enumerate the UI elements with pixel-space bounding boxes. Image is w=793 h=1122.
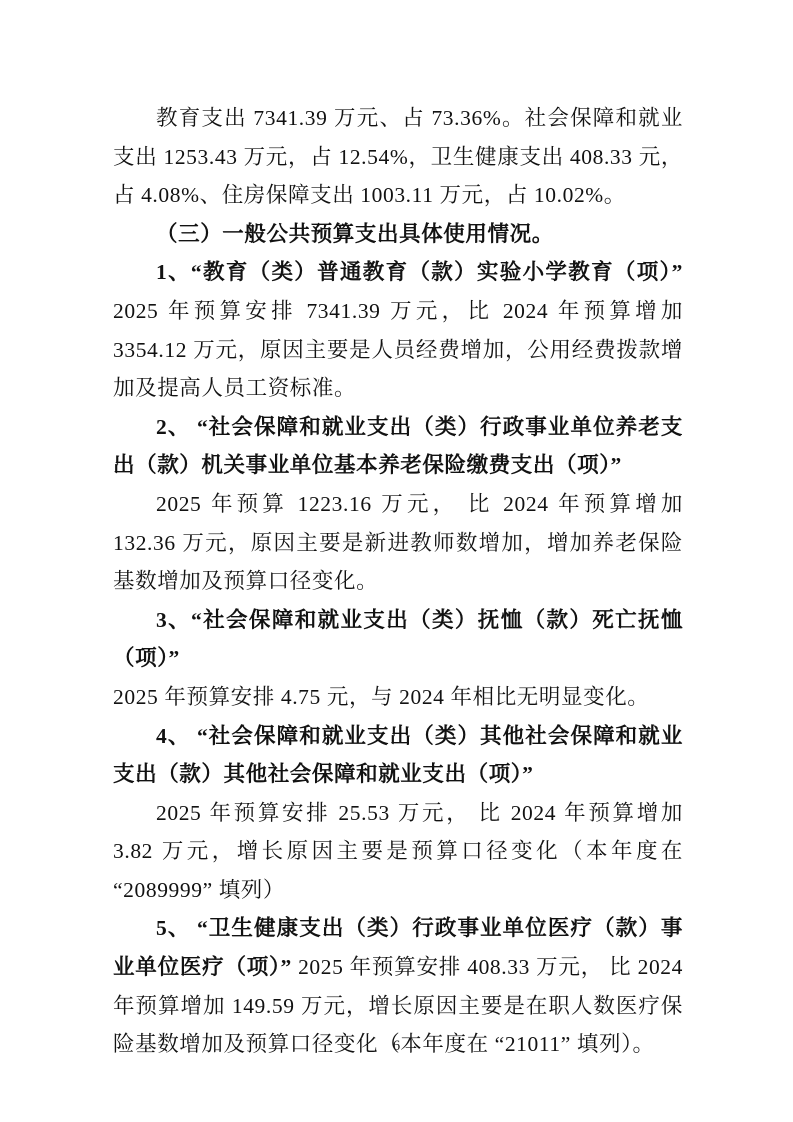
text-segment: （三）一般公共预算支出具体使用情况。 bbox=[156, 222, 554, 246]
para-item-4-other-social-detail: 2025 年预算安排 25.53 万元， 比 2024 年预算增加 3.82 万… bbox=[113, 794, 683, 910]
para-section-heading: （三）一般公共预算支出具体使用情况。 bbox=[113, 215, 683, 254]
text-segment: 2、 “社会保障和就业支出（类）行政事业单位养老支出（款）机关事业单位基本养老保… bbox=[113, 415, 683, 478]
document-page: 教育支出 7341.39 万元、占 73.36%。社会保障和就业支出 1253.… bbox=[0, 0, 793, 1122]
text-segment: 4、 “社会保障和就业支出（类）其他社会保障和就业支出（款）其他社会保障和就业支… bbox=[113, 724, 683, 787]
text-segment: 3、“社会保障和就业支出（类）抚恤（款）死亡抚恤（项）” bbox=[113, 608, 683, 671]
text-segment: 2025 年预算安排 7341.39 万元，比 2024 年预算增加 3354.… bbox=[113, 299, 683, 400]
text-segment: 教育支出 7341.39 万元、占 73.36%。社会保障和就业支出 1253.… bbox=[113, 106, 683, 207]
para-expenditure-overview: 教育支出 7341.39 万元、占 73.36%。社会保障和就业支出 1253.… bbox=[113, 99, 683, 215]
page-number: 6 bbox=[393, 1038, 400, 1054]
text-segment: 2025 年预算安排 4.75 元，与 2024 年相比无明显变化。 bbox=[113, 685, 649, 709]
text-segment: 2025 年预算 1223.16 万元， 比 2024 年预算增加 132.36… bbox=[113, 492, 683, 593]
para-item-3-bereavement-heading: 3、“社会保障和就业支出（类）抚恤（款）死亡抚恤（项）” bbox=[113, 601, 683, 678]
para-item-1-education: 1、“教育（类）普通教育（款）实验小学教育（项）” 2025 年预算安排 734… bbox=[113, 253, 683, 407]
para-item-4-other-social-heading: 4、 “社会保障和就业支出（类）其他社会保障和就业支出（款）其他社会保障和就业支… bbox=[113, 717, 683, 794]
para-item-2-pension-detail: 2025 年预算 1223.16 万元， 比 2024 年预算增加 132.36… bbox=[113, 485, 683, 601]
text-segment: 1、“教育（类）普通教育（款）实验小学教育（项）” bbox=[156, 260, 683, 284]
page-footer: 6 bbox=[0, 1038, 793, 1055]
para-item-2-pension-heading: 2、 “社会保障和就业支出（类）行政事业单位养老支出（款）机关事业单位基本养老保… bbox=[113, 408, 683, 485]
para-item-3-bereavement-detail: 2025 年预算安排 4.75 元，与 2024 年相比无明显变化。 bbox=[113, 678, 683, 717]
text-segment: 2025 年预算安排 25.53 万元， 比 2024 年预算增加 3.82 万… bbox=[113, 801, 683, 902]
document-body: 教育支出 7341.39 万元、占 73.36%。社会保障和就业支出 1253.… bbox=[113, 99, 683, 1064]
